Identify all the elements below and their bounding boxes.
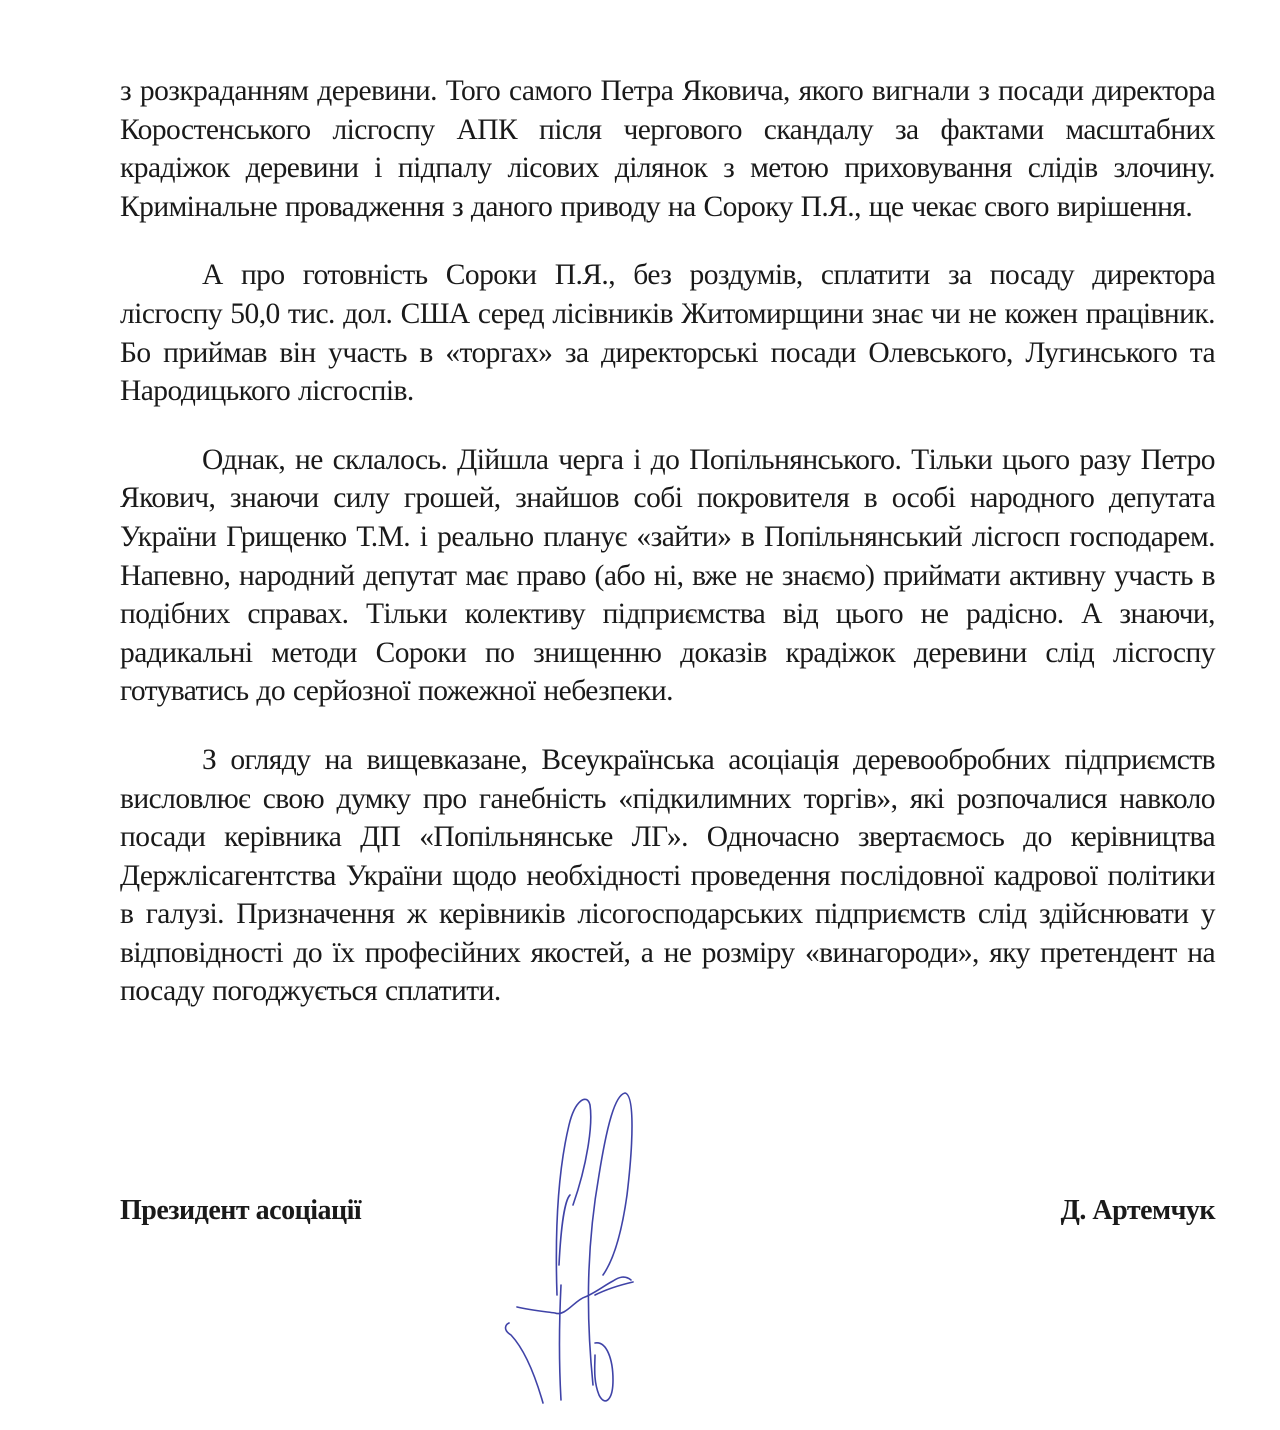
paragraph-1: з розкраданням деревини. Того самого Пет… <box>120 72 1215 226</box>
signatory-name: Д. Артемчук <box>1061 1195 1215 1227</box>
letter-body: з розкраданням деревини. Того самого Пет… <box>120 72 1215 1011</box>
paragraph-4: З огляду на вищевказане, Всеукраїнська а… <box>120 741 1215 1011</box>
handwritten-signature-icon <box>495 1085 735 1415</box>
signatory-title: Президент асоціації <box>120 1195 361 1227</box>
paragraph-2: А про готовність Сороки П.Я., без роздум… <box>120 256 1215 410</box>
paragraph-3: Однак, не склалось. Дійшла черга і до По… <box>120 441 1215 711</box>
